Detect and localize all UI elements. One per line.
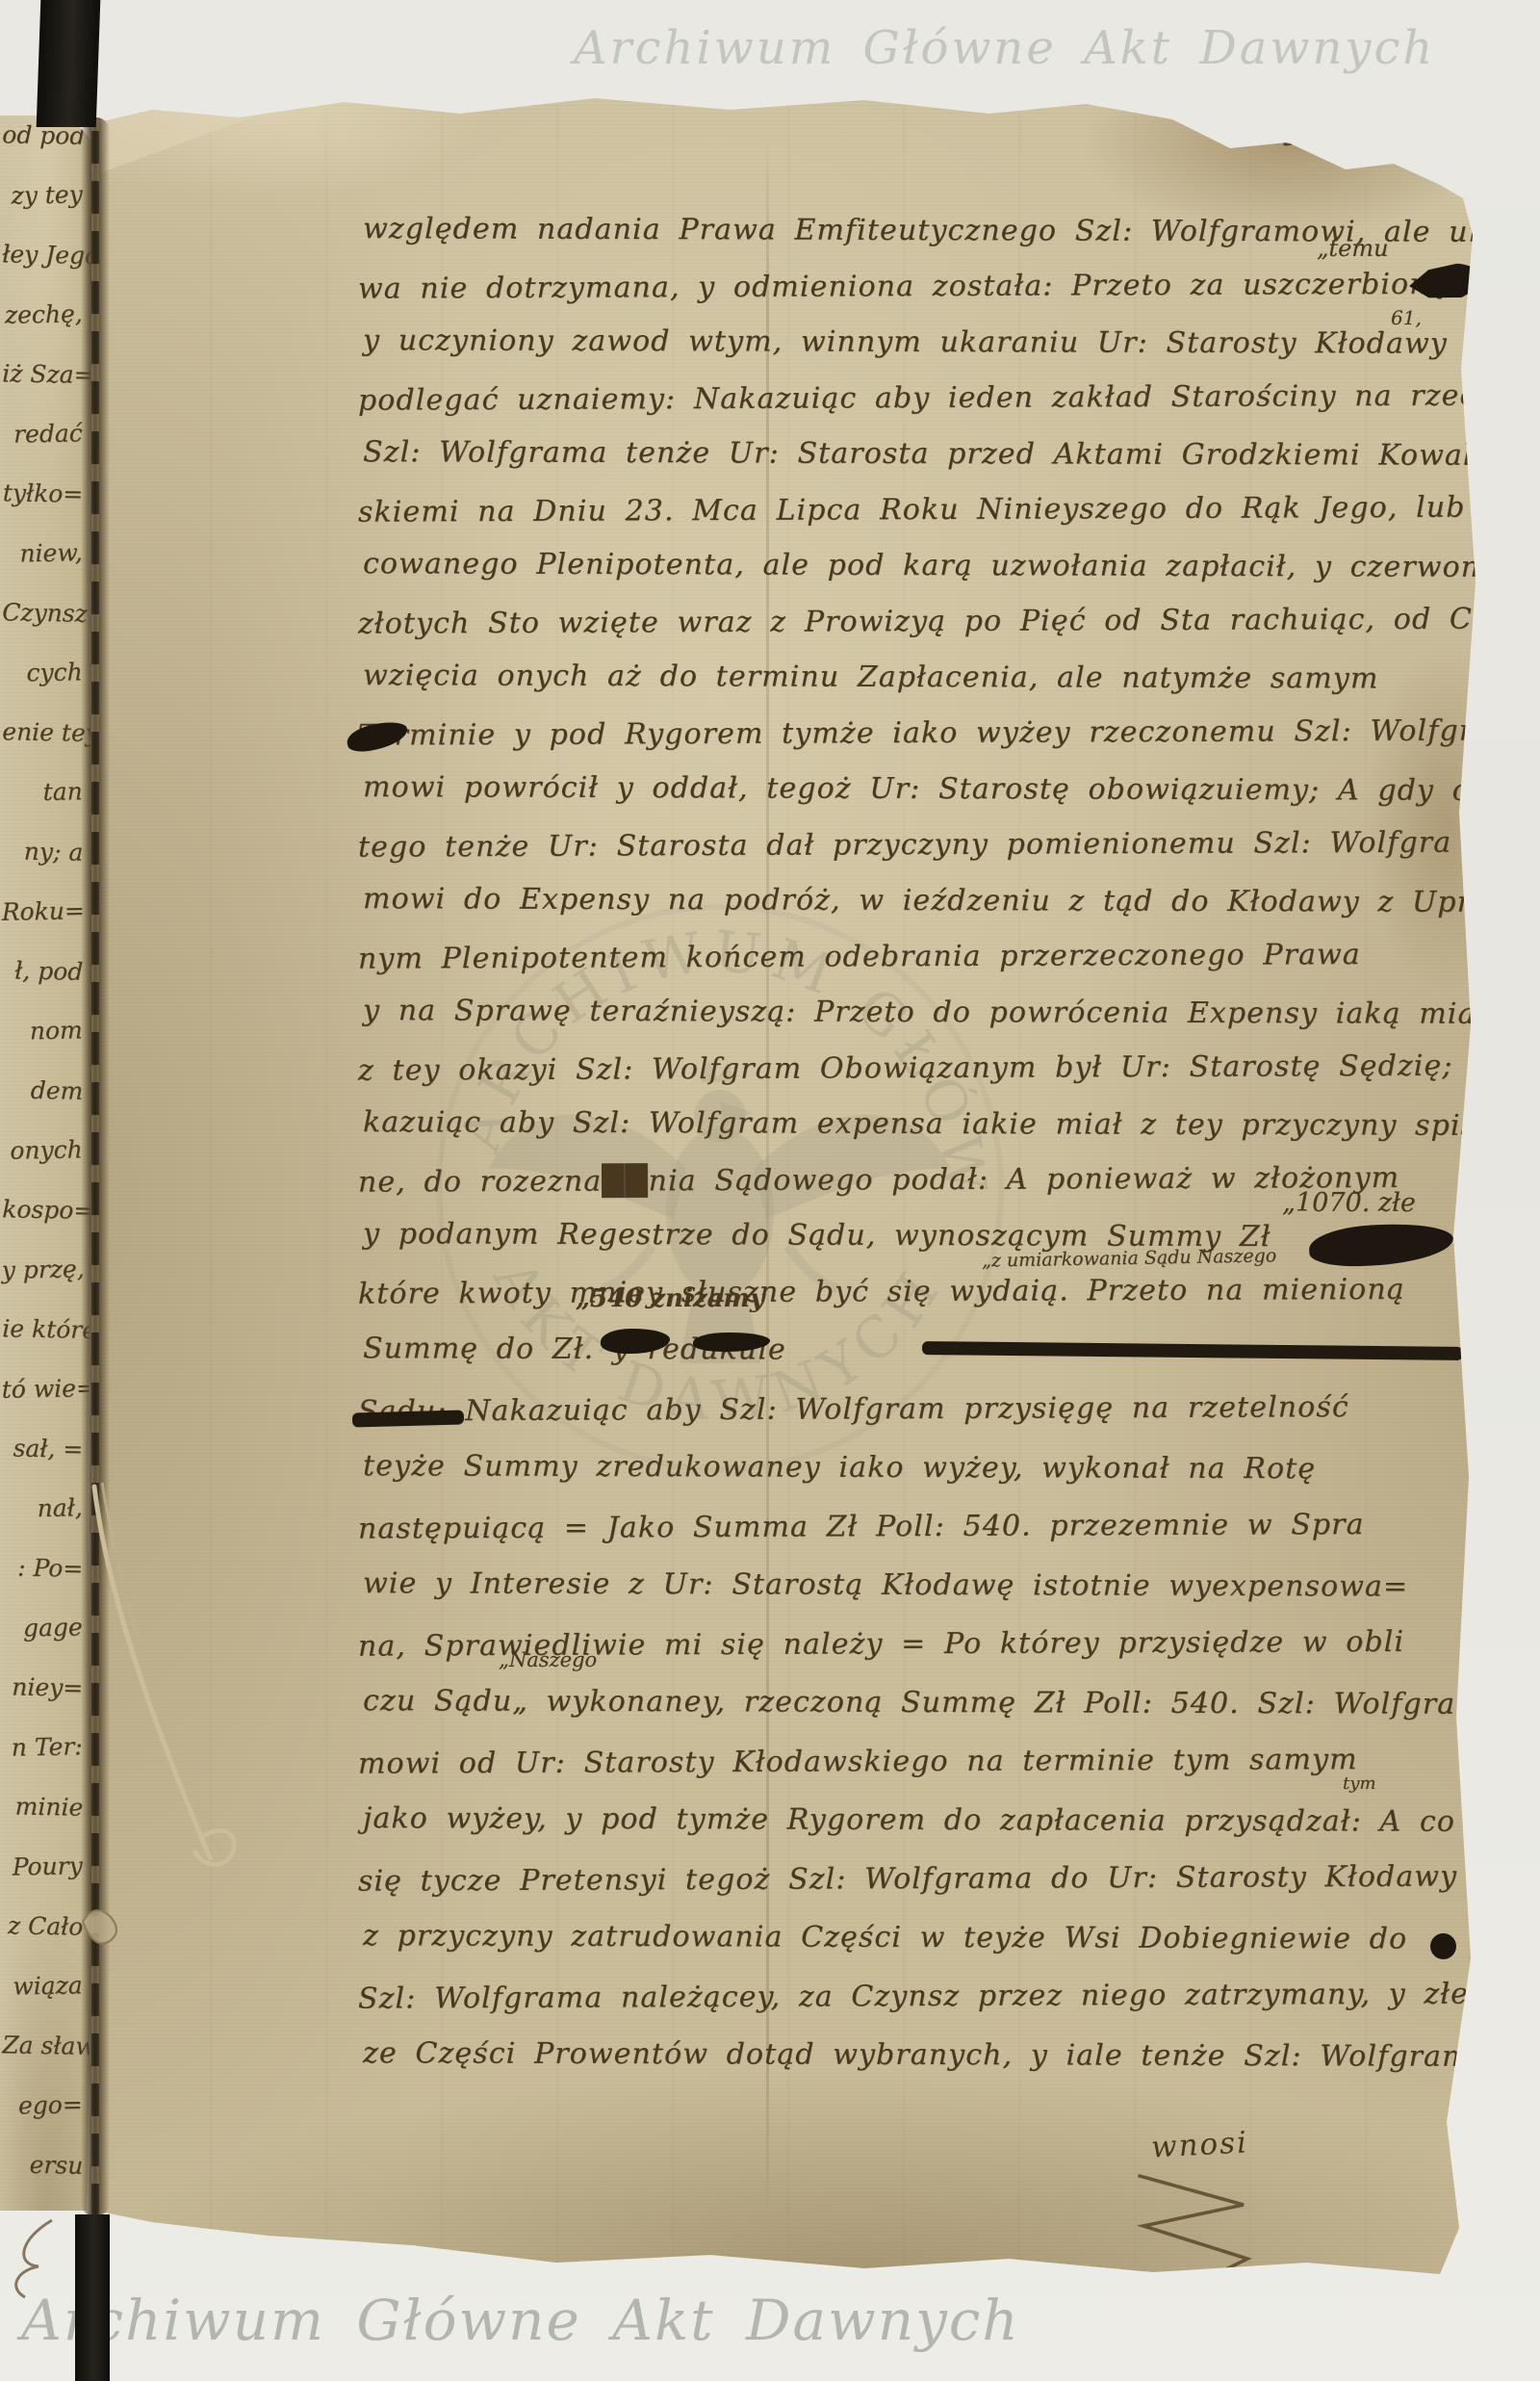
facing-page-fragment: wiąza: [1, 1971, 83, 2032]
facing-page-fragment: ir: [1, 2210, 83, 2270]
handwriting-line: cowanego Plenipotenta, ale pod karą uzwo…: [363, 547, 1503, 607]
facing-page-fragment: ny; a: [1, 837, 83, 897]
handwriting-line: ze Części Prowentów dotąd wybranych, y i…: [363, 2036, 1503, 2099]
handwriting-line: podlegać uznaiemy: Nakazuiąc aby ieden z…: [358, 378, 1503, 439]
interlinear-insertion-1070: „1070. złe: [1282, 1188, 1416, 1218]
handwriting-block: względem nadania Prawa Emfiteutycznego S…: [358, 214, 1503, 2097]
facing-page-fragment: niew,: [1, 538, 83, 599]
facing-page-flourish: [0, 2214, 67, 2301]
facing-page-fragment: redać: [1, 419, 83, 479]
facing-page-fragment: onych: [1, 1135, 83, 1196]
facing-page-fragment: cych: [1, 658, 83, 718]
facing-page-fragment: z Cało: [1, 1911, 83, 1972]
handwriting-line: mowi powrócił y oddał, tegoż Ur: Starost…: [363, 770, 1503, 830]
facing-page-fragment: tyłko=: [1, 479, 83, 539]
facing-page-fragment: niey=: [1, 1672, 83, 1733]
facing-page-fragment: ł, pod: [1, 956, 83, 1017]
facing-page-fragment: tó wie=: [1, 1374, 83, 1435]
handwriting-line: mowi do Expensy na podróż, w ieźdzeniu z…: [363, 882, 1503, 942]
handwriting-line: Szl: Wolfgrama tenże Ur: Starosta przed …: [363, 435, 1503, 495]
signature-flourish: [1126, 2164, 1270, 2318]
facing-page-fragment: Za sław: [1, 2031, 83, 2091]
handwriting-line: wzięcia onych aż do terminu Zapłacenia, …: [363, 659, 1503, 718]
facing-page-fragment: ie które: [1, 1314, 83, 1375]
strike-through: [352, 1410, 464, 1427]
handwriting-line: następuiącą = Jako Summa Zł Poll: 540. p…: [358, 1507, 1503, 1570]
facing-page-fragment: sał, =: [1, 1434, 83, 1494]
interlinear-insertion-540: „540 zniżamy: [576, 1284, 764, 1313]
facing-page-fragment: gage: [1, 1613, 83, 1673]
facing-page-fragment: ego=: [1, 2090, 83, 2151]
interlinear-insertion-temu: „temu: [1317, 235, 1389, 262]
facing-page-fragment: ersu: [1, 2150, 83, 2211]
marginal-mark-61: 61,: [1391, 306, 1422, 329]
scan-background: Archiwum Główne Akt Dawnych Archiwum Głó…: [0, 0, 1540, 2381]
interlinear-insertion-naszego: „Naszego: [499, 1648, 597, 1671]
facing-page-fragment: : Po=: [1, 1553, 83, 1614]
binding-clamp-bottom: [75, 2214, 110, 2381]
facing-page-fragment: minie: [1, 1792, 83, 1852]
facing-page-fragment: iż Sza=: [1, 359, 83, 420]
handwriting-line: tego tenże Ur: Starosta dał przyczyny po…: [358, 825, 1503, 886]
facing-page-fragment: kospo=: [1, 1195, 83, 1255]
handwriting-line: złotych Sto wzięte wraz z Prowizyą po Pi…: [358, 602, 1503, 662]
facing-page-fragment: Czynszu,: [1, 598, 83, 659]
handwriting-line: które kwoty mniey słuszne być się wydaią…: [358, 1272, 1503, 1335]
handwriting-line: Sądu: Nakazuiąc aby Szl: Wolfgram przysi…: [358, 1389, 1503, 1453]
archive-watermark-bottom: Archiwum Główne Akt Dawnych: [21, 2288, 1020, 2353]
handwriting-line: teyże Summy zredukowaney iako wyżey, wyk…: [363, 1449, 1503, 1512]
handwriting-line: Terminie y pod Rygorem tymże iako wyżey …: [358, 713, 1503, 774]
closing-word: wnosi: [1150, 2125, 1249, 2164]
facing-page-fragment: nom: [1, 1016, 83, 1076]
facing-page-fragment: łey Jego: [1, 240, 83, 300]
handwriting-line: skiemi na Dniu 23. Mca Lipca Roku Niniey…: [358, 490, 1503, 551]
facing-page-fragments: od pod zy tey łey Jego zechę, iż Sza= re…: [2, 121, 83, 2270]
binding-clamp-top: [37, 0, 101, 127]
facing-page-fragment: nał,: [1, 1493, 83, 1554]
facing-page-edge: od pod zy tey łey Jego zechę, iż Sza= re…: [0, 116, 92, 2211]
facing-page-fragment: enie tey: [1, 717, 83, 778]
handwriting-line: czu Sądu„ wykonaney, rzeczoną Summę Zł P…: [363, 1684, 1503, 1747]
handwriting-line: wa nie dotrzymana, y odmieniona została:…: [358, 267, 1503, 327]
manuscript-page: ARCHIWUM GŁÓWNE AKT DAWNYCH 976 względem…: [94, 81, 1480, 2286]
handwriting-line: z przyczyny zatrudowania Części w teyże …: [363, 1919, 1503, 1981]
page-number: 976: [1277, 104, 1354, 154]
facing-page-fragment: n Ter:: [1, 1732, 83, 1793]
facing-page-fragment: tan: [1, 777, 83, 838]
corner-fold: [94, 108, 277, 175]
interlinear-insertion-tym: tym: [1343, 1773, 1375, 1794]
handwriting-line: y na Sprawę teraźnieyszą: Przeto do powr…: [363, 994, 1503, 1053]
facing-page-fragment: od pod: [1, 120, 83, 181]
facing-page-fragment: y przę,: [1, 1255, 83, 1315]
handwriting-line: wie y Interesie z Ur: Starostą Kłodawę i…: [363, 1566, 1503, 1629]
facing-page-fragment: Roku=: [1, 896, 83, 957]
facing-page-fragment: Poury: [1, 1851, 83, 1912]
ink-blot: [1430, 1933, 1456, 1959]
handwriting-line: z tey okazyi Szl: Wolfgram Obowiązanym b…: [358, 1048, 1503, 1109]
handwriting-line: y uczyniony zawod wtym, winnym ukaraniu …: [363, 324, 1503, 383]
handwriting-line: Szl: Wolfgrama należącey, za Czynsz prze…: [358, 1977, 1503, 2040]
handwriting-line: się tycze Pretensyi tegoż Szl: Wolfgrama…: [358, 1859, 1503, 1923]
handwriting-line: mowi od Ur: Starosty Kłodawskiego na ter…: [358, 1742, 1503, 1805]
facing-page-fragment: zechę,: [1, 299, 83, 360]
archive-watermark-top: Archiwum Główne Akt Dawnych: [574, 21, 1435, 75]
handwriting-line: nym Plenipotentem końcem odebrania przer…: [358, 937, 1503, 997]
binding-seam: [81, 117, 110, 2216]
handwriting-line: kazuiąc aby Szl: Wolfgram expensa iakie …: [363, 1105, 1503, 1165]
handwriting-line: jako wyżey, y pod tymże Rygorem do zapła…: [363, 1801, 1503, 1864]
facing-page-fragment: dem: [1, 1075, 83, 1136]
facing-page-fragment: zy tey: [1, 180, 83, 241]
